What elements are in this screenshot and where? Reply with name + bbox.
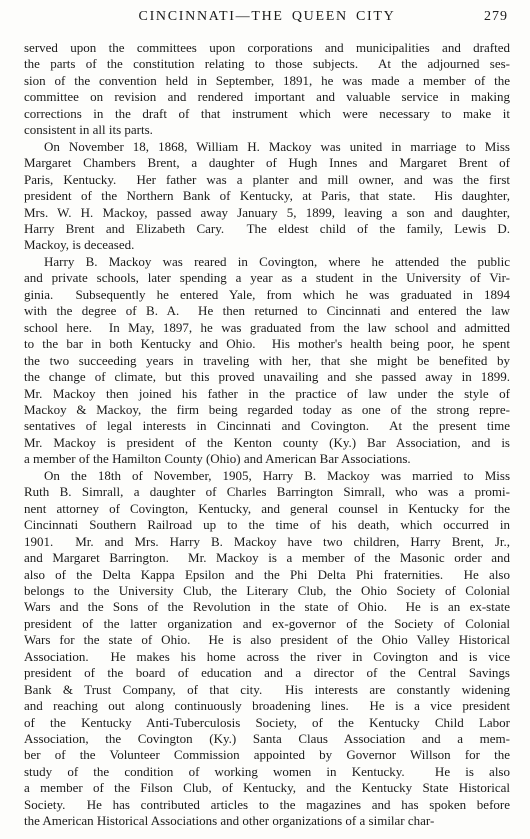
text-line: Cincinnati Southern Railroad up to the t… bbox=[24, 517, 510, 533]
text-line: of the Kentucky Anti-Tuberculosis Societ… bbox=[24, 715, 510, 731]
text-line: ber of the Volunteer Commission appointe… bbox=[24, 747, 510, 763]
text-line: corrections in the draft of that instrum… bbox=[24, 106, 510, 122]
page-number: 279 bbox=[484, 8, 508, 25]
text-line: Margaret Chambers Brent, a daughter of H… bbox=[24, 155, 510, 171]
text-line: the parts of the constitution relating t… bbox=[24, 56, 510, 72]
text-line: and reaching out along continuously broa… bbox=[24, 698, 510, 714]
book-page: CINCINNATI—THE QUEEN CITY 279 served upo… bbox=[0, 0, 530, 839]
text-line: and Margaret Barrington. Mr. Mackoy is a… bbox=[24, 550, 510, 566]
text-line: Mr. Mackoy is president of the Kenton co… bbox=[24, 435, 510, 451]
text-line: sion of the convention held in September… bbox=[24, 73, 510, 89]
text-line: On November 18, 1868, William H. Mackoy … bbox=[24, 139, 510, 155]
text-line: and private schools, later spending a ye… bbox=[24, 270, 510, 286]
text-line: sentatives of legal interests in Cincinn… bbox=[24, 418, 510, 434]
text-line: Wars for the state of Ohio. He is also p… bbox=[24, 632, 510, 648]
text-line: Mackoy, is deceased. bbox=[24, 237, 510, 253]
text-line: committee on revision and rendered impor… bbox=[24, 89, 510, 105]
text-line: Mr. Mackoy then joined his father in the… bbox=[24, 386, 510, 402]
text-line: president of the board of education and … bbox=[24, 665, 510, 681]
paragraph: Harry B. Mackoy was reared in Covington,… bbox=[24, 254, 510, 468]
text-line: Harry B. Mackoy was reared in Covington,… bbox=[24, 254, 510, 270]
text-line: president of the Northern Bank of Kentuc… bbox=[24, 188, 510, 204]
text-line: Bank & Trust Company, of that city. His … bbox=[24, 682, 510, 698]
page-header: CINCINNATI—THE QUEEN CITY 279 bbox=[24, 8, 510, 26]
text-line: a member of the Filson Club, of Kentucky… bbox=[24, 780, 510, 796]
text-line: Paris, Kentucky. Her father was a plante… bbox=[24, 172, 510, 188]
paragraph: served upon the committees upon corporat… bbox=[24, 40, 510, 139]
text-line: belongs to the University Club, the Lite… bbox=[24, 583, 510, 599]
paragraph: On the 18th of November, 1905, Harry B. … bbox=[24, 468, 510, 830]
text-line: Wars and the Sons of the Revolution in t… bbox=[24, 599, 510, 615]
text-line: to the bar in both Kentucky and Ohio. Hi… bbox=[24, 336, 510, 352]
paragraph: On November 18, 1868, William H. Mackoy … bbox=[24, 139, 510, 254]
running-title: CINCINNATI—THE QUEEN CITY bbox=[139, 9, 396, 24]
text-line: a member of the Hamilton County (Ohio) a… bbox=[24, 451, 510, 467]
text-line: president of the latter organization and… bbox=[24, 616, 510, 632]
text-line: nent attorney of Covington, Kentucky, an… bbox=[24, 501, 510, 517]
text-line: Mackoy & Mackoy, the firm being regarded… bbox=[24, 402, 510, 418]
text-line: served upon the committees upon corporat… bbox=[24, 40, 510, 56]
text-line: consistent in all its parts. bbox=[24, 122, 510, 138]
text-line: school here. In May, 1897, he was gradua… bbox=[24, 320, 510, 336]
text-line: ginia. Subsequently he entered Yale, fro… bbox=[24, 287, 510, 303]
text-line: Mrs. W. H. Mackoy, passed away January 5… bbox=[24, 205, 510, 221]
text-line: On the 18th of November, 1905, Harry B. … bbox=[24, 468, 510, 484]
text-line: Ruth B. Simrall, a daughter of Charles B… bbox=[24, 484, 510, 500]
text-line: the change of climate, but this proved u… bbox=[24, 369, 510, 385]
text-line: 1901. Mr. and Mrs. Harry B. Mackoy have … bbox=[24, 534, 510, 550]
text-line: Society. He has contributed articles to … bbox=[24, 797, 510, 813]
text-line: Association, the Covington (Ky.) Santa C… bbox=[24, 731, 510, 747]
text-line: with the degree of B. A. He then returne… bbox=[24, 303, 510, 319]
text-line: Harry Brent and Elizabeth Cary. The elde… bbox=[24, 221, 510, 237]
text-line: also of the Delta Kappa Epsilon and the … bbox=[24, 567, 510, 583]
text-line: study of the condition of working women … bbox=[24, 764, 510, 780]
text-line: Association. He makes his home across th… bbox=[24, 649, 510, 665]
text-line: the two succeeding years in traveling wi… bbox=[24, 353, 510, 369]
page-body: served upon the committees upon corporat… bbox=[24, 40, 510, 830]
text-line: the American Historical Associations and… bbox=[24, 813, 510, 829]
